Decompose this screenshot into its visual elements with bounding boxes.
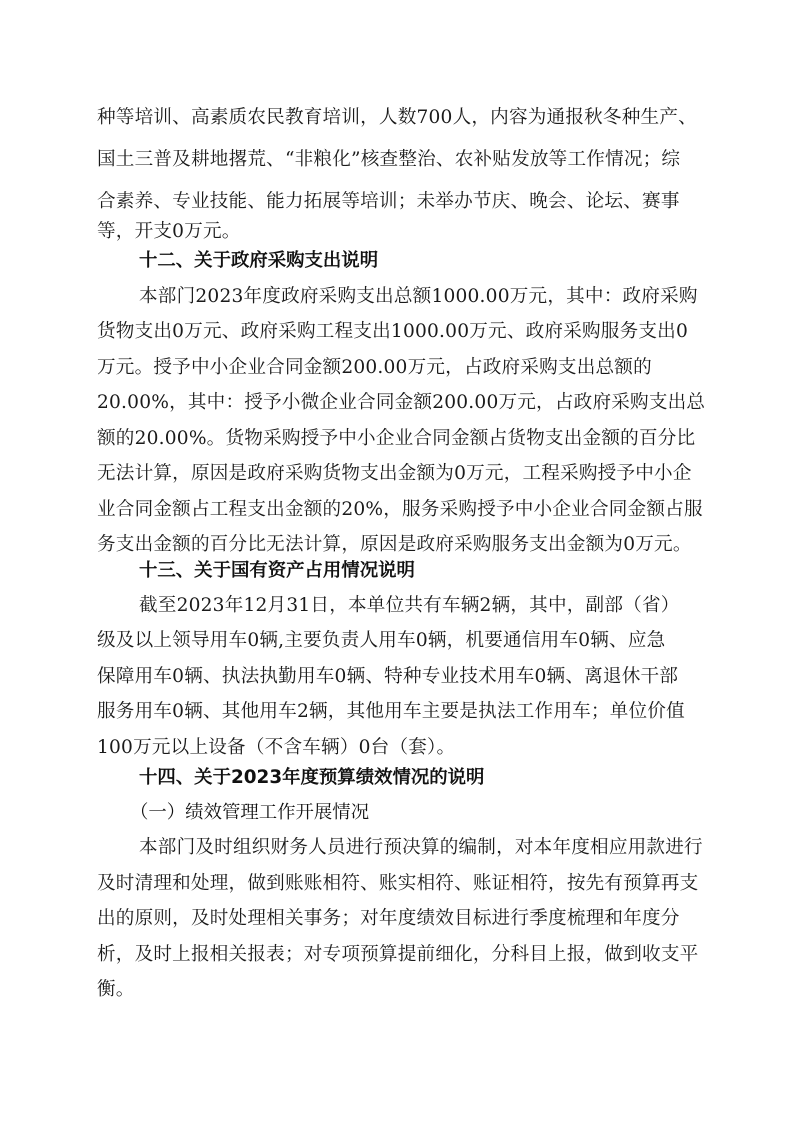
paragraph-line: 货物支出0万元、政府采购工程支出1000.00万元、政府采购服务支出0 (97, 314, 697, 350)
paragraph-line: 截至2023年12月31日，本单位共有车辆2辆，其中，副部（省） (139, 588, 739, 624)
paragraph-line: 服务用车0辆、其他用车2辆，其他用车主要是执法工作用车；单位价值 (97, 694, 697, 730)
paragraph-line: 析，及时上报相关报表；对专项预算提前细化，分科目上报，做到收支平 (97, 937, 697, 973)
paragraph-line: 万元。授予中小企业合同金额200.00万元，占政府采购支出总额的 (97, 350, 697, 386)
paragraph-line: 额的20.00%。货物采购授予中小企业合同金额占货物支出金额的百分比 (97, 421, 697, 457)
paragraph-line: 衡。 (97, 972, 697, 1008)
paragraph-line: 出的原则，及时处理相关事务；对年度绩效目标进行季度梳理和年度分 (97, 901, 697, 937)
paragraph-line: 种等培训、高素质农民教育培训，人数700人，内容为通报秋冬种生产、 (97, 100, 697, 136)
paragraph-line: 保障用车0辆、执法执勤用车0辆、特种专业技术用车0辆、离退休干部 (97, 659, 697, 695)
section-heading-14: 十四、关于2023年度预算绩效情况的说明 (139, 760, 484, 796)
subsection-heading: （一）绩效管理工作开展情况 (130, 795, 369, 831)
section-heading-12: 十二、关于政府采购支出说明 (139, 243, 378, 279)
paragraph-line: 业合同金额占工程支出金额的20%，服务采购授予中小企业合同金额占服 (97, 492, 697, 528)
document-page: 种等培训、高素质农民教育培训，人数700人，内容为通报秋冬种生产、 国土三普及耕… (0, 0, 793, 1122)
paragraph-line: 本部门及时组织财务人员进行预决算的编制，对本年度相应用款进行 (139, 830, 739, 866)
paragraph-line: 无法计算，原因是政府采购货物支出金额为0万元，工程采购授予中小企 (97, 456, 697, 492)
paragraph-line: 20.00%，其中：授予小微企业合同金额200.00万元，占政府采购支出总 (97, 385, 697, 421)
paragraph-line: 及时清理和处理，做到账账相符、账实相符、账证相符，按先有预算再支 (97, 866, 697, 902)
paragraph-line: 级及以上领导用车0辆,主要负责人用车0辆，机要通信用车0辆、应急 (97, 623, 697, 659)
paragraph-line: 国土三普及耕地撂荒、“非粮化”核查整治、农补贴发放等工作情况；综 (97, 142, 697, 178)
paragraph-line: 本部门2023年度政府采购支出总额1000.00万元，其中：政府采购 (139, 279, 739, 315)
section-heading-13: 十三、关于国有资产占用情况说明 (139, 553, 415, 589)
